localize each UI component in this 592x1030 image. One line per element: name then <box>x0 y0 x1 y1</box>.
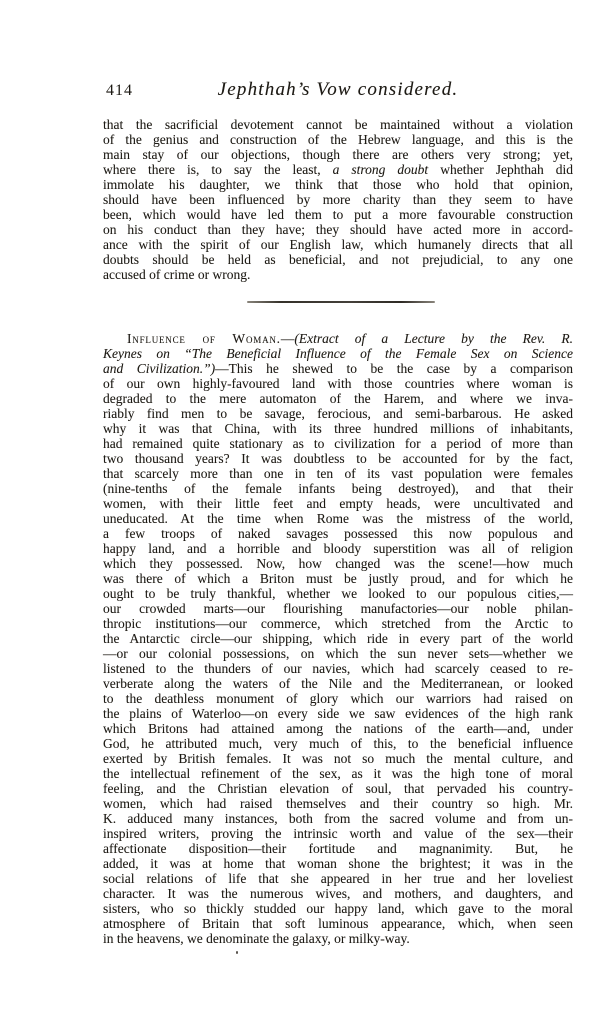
text-line: exerted by British females. It was not s… <box>103 751 573 766</box>
text-line: been, which would have led them to put a… <box>103 207 573 222</box>
text-segment: to the deathless monument of glory which… <box>103 691 573 706</box>
text-line: thropic institutions—our commerce, which… <box>103 616 573 631</box>
text-segment: where there is, to say the least, <box>103 162 333 177</box>
text-line: that scarcely more than one in ten of it… <box>103 466 573 481</box>
text-segment: God, he attributed much, very much of th… <box>103 736 573 751</box>
text-segment: thropic institutions—our commerce, which… <box>103 616 573 631</box>
text-segment: listened to the thunders of our navies, … <box>103 661 573 676</box>
text-segment: happy land, and a horrible and bloody su… <box>103 541 573 556</box>
text-line: of our own highly-favoured land with tho… <box>103 376 573 391</box>
text-line: main stay of our objections, though ther… <box>103 147 573 162</box>
text-line: women, which had raised themselves and t… <box>103 796 573 811</box>
text-line: verberate along the waters of the Nile a… <box>103 676 573 691</box>
text-line: (nine-tenths of the female infants being… <box>103 481 573 496</box>
text-segment: exerted by British females. It was not s… <box>103 751 573 766</box>
text-segment: verberate along the waters of the Nile a… <box>103 676 573 691</box>
text-line: why it was that China, with its three hu… <box>103 421 573 436</box>
page-header: 414 Jephthah’s Vow considered. <box>103 79 573 103</box>
text-line: listened to the thunders of our navies, … <box>103 661 573 676</box>
text-segment: ance with the spirit of our English law,… <box>103 237 573 252</box>
text-line: and Civilization.”)—This he shewed to be… <box>103 361 573 376</box>
text-segment: K. adduced many instances, both from the… <box>103 811 573 826</box>
text-line: immolate his daughter, we think that tho… <box>103 177 573 192</box>
document-page: 414 Jephthah’s Vow considered. that the … <box>0 0 592 1030</box>
text-segment: of the genius and construction of the He… <box>103 132 573 147</box>
text-segment: been, which would have led them to put a… <box>103 207 573 222</box>
text-segment: —This he shewed to be the case by a comp… <box>215 361 573 376</box>
text-line: inspired writers, proving the intrinsic … <box>103 826 573 841</box>
text-line: ought to be truly thankful, whether we l… <box>103 586 573 601</box>
text-line: in the heavens, we denominate the galaxy… <box>103 931 573 946</box>
text-line: affectionate disposition—their fortitude… <box>103 841 573 856</box>
text-segment: the intellectual refinement of the sex, … <box>103 766 573 781</box>
text-line: sisters, who so thickly studded our happ… <box>103 901 573 916</box>
text-line: atmosphere of Britain that soft luminous… <box>103 916 573 931</box>
text-line: the plains of Waterloo—on every side we … <box>103 706 573 721</box>
text-segment: in the heavens, we denominate the galaxy… <box>103 931 410 946</box>
text-segment: doubts should be held as beneficial, and… <box>103 252 573 267</box>
text-segment: immolate his daughter, we think that tho… <box>103 177 573 192</box>
text-line: doubts should be held as beneficial, and… <box>103 252 573 267</box>
text-segment: that scarcely more than one in ten of it… <box>103 466 573 481</box>
article-heading: Influence of Woman. <box>127 331 281 346</box>
text-segment: which they possessed. Now, how changed w… <box>103 556 573 571</box>
text-segment: degraded to the mere automaton of the Ha… <box>103 391 573 406</box>
text-line: women, with their little feet and empty … <box>103 496 573 511</box>
text-segment: was there of which a Briton must be just… <box>103 571 573 586</box>
text-segment: had remained quite stationary as to civi… <box>103 436 573 451</box>
text-line: K. adduced many instances, both from the… <box>103 811 573 826</box>
text-line: the intellectual refinement of the sex, … <box>103 766 573 781</box>
article-influence-of-woman: Influence of Woman.—(Extract of a Lectur… <box>103 331 573 946</box>
section-divider <box>247 301 435 303</box>
text-segment: two thousand years? It was doubtless to … <box>103 451 573 466</box>
text-line: where there is, to say the least, a stro… <box>103 162 573 177</box>
text-segment: character. It was the numerous wives, an… <box>103 886 573 901</box>
text-segment: inspired writers, proving the intrinsic … <box>103 826 573 841</box>
text-line: was there of which a Briton must be just… <box>103 571 573 586</box>
text-line: a few troops of naked savages possessed … <box>103 526 573 541</box>
text-line: that the sacrificial devotement cannot b… <box>103 117 573 132</box>
text-segment: sisters, who so thickly studded our happ… <box>103 901 573 916</box>
text-segment: riably find men to be savage, ferocious,… <box>103 406 573 421</box>
text-line: feeling, and the Christian elevation of … <box>103 781 573 796</box>
text-line: which they possessed. Now, how changed w… <box>103 556 573 571</box>
text-line: ance with the spirit of our English law,… <box>103 237 573 252</box>
text-segment: ought to be truly thankful, whether we l… <box>103 586 573 601</box>
text-segment: our crowded marts—our flourishing manufa… <box>103 601 573 616</box>
text-segment: the Antarctic circle—our shipping, which… <box>103 631 573 646</box>
text-segment: main stay of our objections, though ther… <box>103 147 573 162</box>
text-segment: added, it was at home that woman shone t… <box>103 856 573 871</box>
text-segment: and Civilization.”) <box>103 361 215 376</box>
text-line: added, it was at home that woman shone t… <box>103 856 573 871</box>
text-line: accused of crime or wrong. <box>103 267 573 282</box>
text-segment: that the sacrificial devotement cannot b… <box>103 117 573 132</box>
print-artifact-dot <box>236 951 238 954</box>
text-line: the Antarctic circle—our shipping, which… <box>103 631 573 646</box>
text-segment: (Extract of a Lecture by the Rev. R. <box>294 331 573 346</box>
text-line: degraded to the mere automaton of the Ha… <box>103 391 573 406</box>
text-segment: Keynes on “The Beneficial Influence of t… <box>103 346 573 361</box>
text-segment: should have been influenced by more char… <box>103 192 573 207</box>
text-segment: atmosphere of Britain that soft luminous… <box>103 916 573 931</box>
text-line: social relations of life that she appear… <box>103 871 573 886</box>
text-segment: — <box>281 331 295 346</box>
text-segment: the plains of Waterloo—on every side we … <box>103 706 573 721</box>
text-line: on his conduct than they have; they shou… <box>103 222 573 237</box>
text-line: had remained quite stationary as to civi… <box>103 436 573 451</box>
text-segment: accused of crime or wrong. <box>103 267 250 282</box>
text-segment: a strong doubt <box>333 162 429 177</box>
text-segment: women, which had raised themselves and t… <box>103 796 573 811</box>
text-segment: which Britons had attained among the nat… <box>103 721 573 736</box>
text-line: two thousand years? It was doubtless to … <box>103 451 573 466</box>
running-title: Jephthah’s Vow considered. <box>103 79 573 101</box>
text-line: of the genius and construction of the He… <box>103 132 573 147</box>
text-line: —or our colonial possessions, on which t… <box>103 646 573 661</box>
text-segment: whether Jephthah did <box>428 162 573 177</box>
text-line: our crowded marts—our flourishing manufa… <box>103 601 573 616</box>
text-segment: social relations of life that she appear… <box>103 871 573 886</box>
text-line: uneducated. At the time when Rome was th… <box>103 511 573 526</box>
text-segment: uneducated. At the time when Rome was th… <box>103 511 573 526</box>
text-segment: why it was that China, with its three hu… <box>103 421 573 436</box>
text-segment: feeling, and the Christian elevation of … <box>103 781 573 796</box>
text-segment: affectionate disposition—their fortitude… <box>103 841 573 856</box>
text-line: character. It was the numerous wives, an… <box>103 886 573 901</box>
text-segment: of our own highly-favoured land with tho… <box>103 376 573 391</box>
text-line: which Britons had attained among the nat… <box>103 721 573 736</box>
text-line: God, he attributed much, very much of th… <box>103 736 573 751</box>
text-line: to the deathless monument of glory which… <box>103 691 573 706</box>
article-jephthahs-vow-continuation: that the sacrificial devotement cannot b… <box>103 117 573 282</box>
text-line: riably find men to be savage, ferocious,… <box>103 406 573 421</box>
text-line: happy land, and a horrible and bloody su… <box>103 541 573 556</box>
text-segment: a few troops of naked savages possessed … <box>103 526 573 541</box>
text-segment: women, with their little feet and empty … <box>103 496 573 511</box>
text-segment: —or our colonial possessions, on which t… <box>103 646 573 661</box>
text-line: Influence of Woman.—(Extract of a Lectur… <box>103 331 573 346</box>
text-segment: (nine-tenths of the female infants being… <box>103 481 573 496</box>
text-line: should have been influenced by more char… <box>103 192 573 207</box>
text-segment: on his conduct than they have; they shou… <box>103 222 573 237</box>
text-line: Keynes on “The Beneficial Influence of t… <box>103 346 573 361</box>
